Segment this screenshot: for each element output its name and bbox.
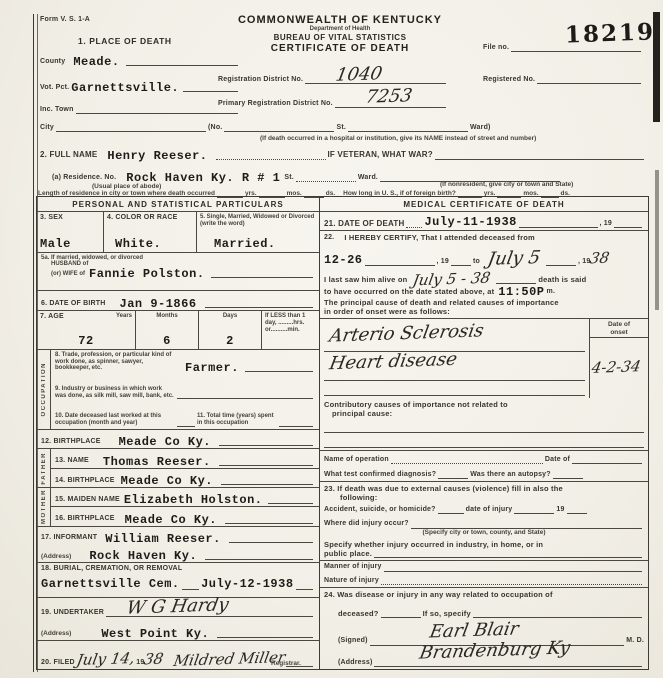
sex-label: 3. SEX: [40, 214, 100, 222]
birthplace-row: 12. BIRTHPLACE Meade Co Ky.: [37, 429, 319, 449]
specify-text2: public place.: [324, 549, 372, 558]
birthplace-label: 12. BIRTHPLACE: [41, 438, 101, 446]
burial-block: 18. BURIAL, CREMATION, OR REMOVAL Garnet…: [37, 562, 319, 597]
time-of-death-value: 11:50P: [498, 286, 544, 298]
county-value: Meade.: [73, 56, 119, 68]
filed-date-hand: July 14,: [75, 651, 136, 668]
father-block: FATHER 13. NAME Thomas Reeser. 14. BIRTH…: [37, 448, 319, 487]
mother-name-label: 15. MAIDEN NAME: [55, 496, 120, 504]
city-label: City: [40, 124, 54, 132]
diagnosis-autopsy-row: What test confirmed diagnosis? Was there…: [320, 466, 648, 481]
header-bureau: BUREAU OF VITAL STATISTICS: [215, 33, 465, 42]
mother-strip-label: MOTHER: [41, 489, 47, 524]
contributory-block: Contributory causes of importance not re…: [320, 398, 648, 450]
registrar-signature: Mildred Miller: [172, 650, 286, 669]
c24-text1: 24. Was disease or injury in any way rel…: [324, 590, 644, 599]
father-bp-label: 14. BIRTHPLACE: [55, 477, 115, 485]
dod-label: 21. DATE OF DEATH: [324, 219, 404, 229]
dod-19: , 19: [600, 220, 612, 228]
veteran-label: IF VETERAN, WHAT WAR?: [328, 150, 433, 160]
contributory-text1: Contributory causes of importance not re…: [324, 400, 644, 409]
precinct-row: Vot. Pct. Garnettsville.: [40, 82, 240, 92]
c22-to: to: [473, 258, 480, 266]
occ10-label: 10. Date deceased last worked at this oc…: [55, 413, 175, 427]
operation-row: Name of operation Date of: [320, 450, 648, 466]
town-row: Inc. Town: [40, 106, 240, 114]
undertaker-addr-value: West Point Ky.: [101, 628, 209, 640]
c22-19a: , 19: [437, 258, 449, 266]
c22-to-hand: July 5: [486, 249, 541, 269]
c22-text: I HEREBY CERTIFY, That I attended deceas…: [344, 233, 535, 242]
undertaker-block: 19. UNDERTAKER W G Hardy (Address) West …: [37, 597, 319, 639]
cause-of-death-block: Arterio Sclerosis Heart disease Date of …: [320, 318, 648, 398]
race-value: White.: [115, 238, 193, 250]
primary-district-row: Primary Registration District No. 7253: [218, 100, 448, 108]
fullname-row: 2. FULL NAME Henry Reeser. IF VETERAN, W…: [40, 150, 646, 160]
filed-label: 20. FILED: [41, 659, 75, 667]
medical-title: MEDICAL CERTIFICATE OF DEATH: [320, 197, 648, 211]
c22-num: 22.: [324, 234, 334, 242]
marital-value: Married.: [214, 238, 316, 250]
burial-label: 18. BURIAL, CREMATION, OR REMOVAL: [41, 565, 315, 573]
where-label: Where did injury occur?: [324, 520, 409, 528]
c24-text2: deceased?: [338, 609, 379, 618]
manner-row: Manner of injury: [320, 560, 648, 574]
city-note: (If death occurred in a hospital or inst…: [260, 135, 536, 143]
lastsaw-hand: July 5 - 38: [412, 271, 492, 289]
page-edge-shadow-mid: [655, 170, 659, 310]
age-months-label: Months: [156, 313, 177, 320]
primary-district-label: Primary Registration District No.: [218, 100, 333, 108]
age-months-value: 6: [163, 335, 171, 347]
mother-bp-label: 16. BIRTHPLACE: [55, 515, 115, 523]
age-days-label: Days: [223, 313, 237, 320]
lastsaw-text2: death is said: [538, 275, 586, 284]
dod-value: July-11-1938: [424, 216, 516, 228]
certify-block: 22. I HEREBY CERTIFY, That I attended de…: [320, 230, 648, 318]
registration-district-row: Registration District No. 1040: [218, 76, 448, 84]
cause2-hand: Heart disease: [328, 351, 458, 373]
physician-address-row: (Address) Brandenburg Ky: [320, 648, 648, 669]
age-row: 7. AGE Years 72 Months 6 Days 2 If LESS …: [37, 310, 319, 349]
nonresident-note: (If nonresident, give city or town and S…: [440, 181, 573, 189]
age-label: 7. AGE: [40, 313, 64, 321]
informant-addr-value: Rock Haven Ky.: [89, 550, 197, 562]
mother-bp-value: Meade Co Ky.: [125, 514, 217, 526]
death-certificate-scan: Form V. S. 1-A 1. PLACE OF DEATH County …: [0, 0, 663, 678]
informant-block: 17. INFORMANT William Reeser. (Address) …: [37, 526, 319, 563]
city-no-label: (No.: [208, 124, 222, 132]
county-label: County: [40, 58, 65, 66]
reg-district-label: Registration District No.: [218, 76, 303, 84]
certificate-header: COMMONWEALTH OF KENTUCKY Department of H…: [215, 14, 465, 54]
registered-no-row: Registered No.: [483, 76, 643, 84]
physician-signature: Earl Blair: [428, 621, 520, 642]
injury-19-label: 19: [556, 506, 564, 514]
age-years-label: Years: [116, 313, 132, 320]
sex-race-marital-row: 3. SEX Male 4. COLOR OR RACE White. 5. S…: [37, 211, 319, 252]
medical-column: MEDICAL CERTIFICATE OF DEATH 21. DATE OF…: [320, 196, 649, 670]
personal-title: PERSONAL AND STATISTICAL PARTICULARS: [37, 197, 319, 211]
father-name-value: Thomas Reeser.: [103, 456, 211, 468]
personal-column: PERSONAL AND STATISTICAL PARTICULARS 3. …: [36, 196, 320, 670]
c24-ifso: If so, specify: [423, 609, 471, 618]
header-cert-title: CERTIFICATE OF DEATH: [215, 43, 465, 54]
c23-text1: 23. If death was due to external causes …: [324, 484, 644, 493]
date-of-onset-column: Date of onset 4-2-34: [589, 319, 648, 398]
principal-text2: in order of onset were as follows:: [324, 307, 644, 316]
age-days-value: 2: [226, 335, 234, 347]
residence-st-label: St.: [284, 174, 294, 182]
registrar-label: Registrar.: [271, 660, 301, 668]
burial-date-value: July-12-1938: [201, 578, 293, 590]
diagnosis-label: What test confirmed diagnosis?: [324, 471, 436, 479]
mother-name-value: Elizabeth Holston.: [124, 494, 263, 506]
city-st-label: St.: [336, 124, 346, 132]
burial-place-value: Garnettsville Cem.: [41, 578, 180, 590]
informant-addr-label: (Address): [41, 553, 71, 561]
operation-date-label: Date of: [545, 456, 570, 464]
spouse-label1: 5a. If married, widowed, or divorced: [41, 255, 315, 262]
onset-header1: Date of: [608, 321, 630, 329]
specify-text1: Specify whether injury occurred in indus…: [324, 540, 644, 549]
informant-value: William Reeser.: [105, 533, 221, 545]
reg-district-value: 1040: [334, 65, 383, 85]
onset-date-hand: 4-2-34: [591, 359, 642, 376]
where-note: (Specify city or town, county, and State…: [324, 529, 644, 537]
precinct-label: Vot. Pct.: [40, 84, 69, 92]
city-row: City (No. St. Ward): [40, 124, 646, 132]
city-ward-label: Ward): [470, 124, 491, 132]
filed-year-hand: 38: [143, 652, 165, 668]
county-row: County Meade.: [40, 56, 240, 66]
occupation-block: OCCUPATION 8. Trade, profession, or part…: [37, 349, 319, 429]
father-bp-value: Meade Co Ky.: [121, 475, 213, 487]
age-years-value: 72: [78, 335, 93, 347]
contributory-text2: principal cause:: [332, 409, 644, 418]
occ8-value: Farmer.: [185, 362, 239, 374]
accident-label: Accident, suicide, or homicide?: [324, 506, 436, 514]
date-of-death-row: 21. DATE OF DEATH July-11-1938 , 19: [320, 211, 648, 230]
primary-district-value: 7253: [364, 87, 413, 107]
nature-label: Nature of injury: [324, 577, 379, 585]
external-causes-block: 23. If death was due to external causes …: [320, 481, 648, 560]
precinct-value: Garnettsville.: [71, 82, 179, 94]
header-dept: Department of Health: [215, 26, 465, 33]
spouse-label3: (or) WIFE of: [51, 271, 85, 278]
c22-from-value: 12-26: [324, 254, 363, 266]
race-label: 4. COLOR OR RACE: [107, 214, 193, 222]
lastsaw-text3: to have occurred on the date stated abov…: [324, 287, 494, 296]
c23-text2: following:: [340, 493, 644, 502]
c22-year-hand: 38: [589, 251, 611, 267]
filed-row: 20. FILED July 14, 19 38 Mildred Miller …: [37, 640, 319, 669]
file-no-label: File no.: [483, 44, 509, 52]
marital-label: 5. Single, Married, Widowed or Divorced …: [200, 214, 316, 228]
main-columns: PERSONAL AND STATISTICAL PARTICULARS 3. …: [36, 196, 649, 670]
onset-header2: onset: [610, 329, 627, 337]
manner-label: Manner of injury: [324, 563, 382, 571]
sex-value: Male: [40, 238, 100, 250]
principal-text1: The principal cause of death and related…: [324, 298, 644, 307]
nature-row: Nature of injury: [320, 574, 648, 587]
spouse-row: 5a. If married, widowed, or divorced HUS…: [37, 252, 319, 291]
autopsy-label: Was there an autopsy?: [470, 471, 551, 479]
form-number: Form V. S. 1-A: [40, 16, 90, 24]
undertaker-label: 19. UNDERTAKER: [41, 609, 104, 617]
mother-block: MOTHER 15. MAIDEN NAME Elizabeth Holston…: [37, 487, 319, 526]
occ8-label: 8. Trade, profession, or particular kind…: [55, 352, 175, 373]
header-commonwealth: COMMONWEALTH OF KENTUCKY: [215, 14, 465, 26]
time-m-label: m.: [547, 288, 556, 296]
undertaker-signature: W G Hardy: [125, 597, 230, 619]
occ9-label: 9. Industry or business in which work wa…: [55, 386, 175, 400]
dob-label: 6. DATE OF BIRTH: [41, 300, 106, 308]
spouse-value: Fannie Polston.: [89, 268, 205, 280]
occ11-label: 11. Total time (years) spent in this occ…: [197, 413, 277, 427]
place-of-death-title: 1. PLACE OF DEATH: [78, 36, 172, 46]
physician-addr-label: (Address): [338, 659, 372, 667]
operation-label: Name of operation: [324, 456, 389, 464]
lastsaw-text1: I last saw him alive on: [324, 275, 407, 284]
physician-address-hand: Brandenburg Ky: [418, 639, 572, 662]
occupation-strip-label: OCCUPATION: [41, 362, 47, 416]
dob-row: 6. DATE OF BIRTH Jan 9-1866: [37, 290, 319, 310]
registered-no-label: Registered No.: [483, 76, 535, 84]
father-strip-label: FATHER: [41, 452, 47, 485]
age-less-label: If LESS than 1 day, .........hrs. or....…: [265, 313, 316, 334]
undertaker-addr-label: (Address): [41, 630, 71, 638]
fullname-value: Henry Reeser.: [107, 150, 207, 162]
birthplace-value: Meade Co Ky.: [119, 436, 211, 448]
fullname-label: 2. FULL NAME: [40, 150, 97, 160]
signed-label: (Signed): [338, 637, 368, 645]
residence-label: (a) Residence. No.: [52, 174, 116, 182]
residence-ward-label: Ward.: [358, 174, 378, 182]
dob-value: Jan 9-1866: [120, 298, 197, 310]
injury-date-label: date of injury: [466, 506, 513, 514]
father-name-label: 13. NAME: [55, 457, 89, 465]
file-no-row: File no.: [483, 44, 643, 52]
town-label: Inc. Town: [40, 106, 74, 114]
informant-label: 17. INFORMANT: [41, 534, 97, 542]
signed-md-label: M. D.: [626, 637, 644, 645]
